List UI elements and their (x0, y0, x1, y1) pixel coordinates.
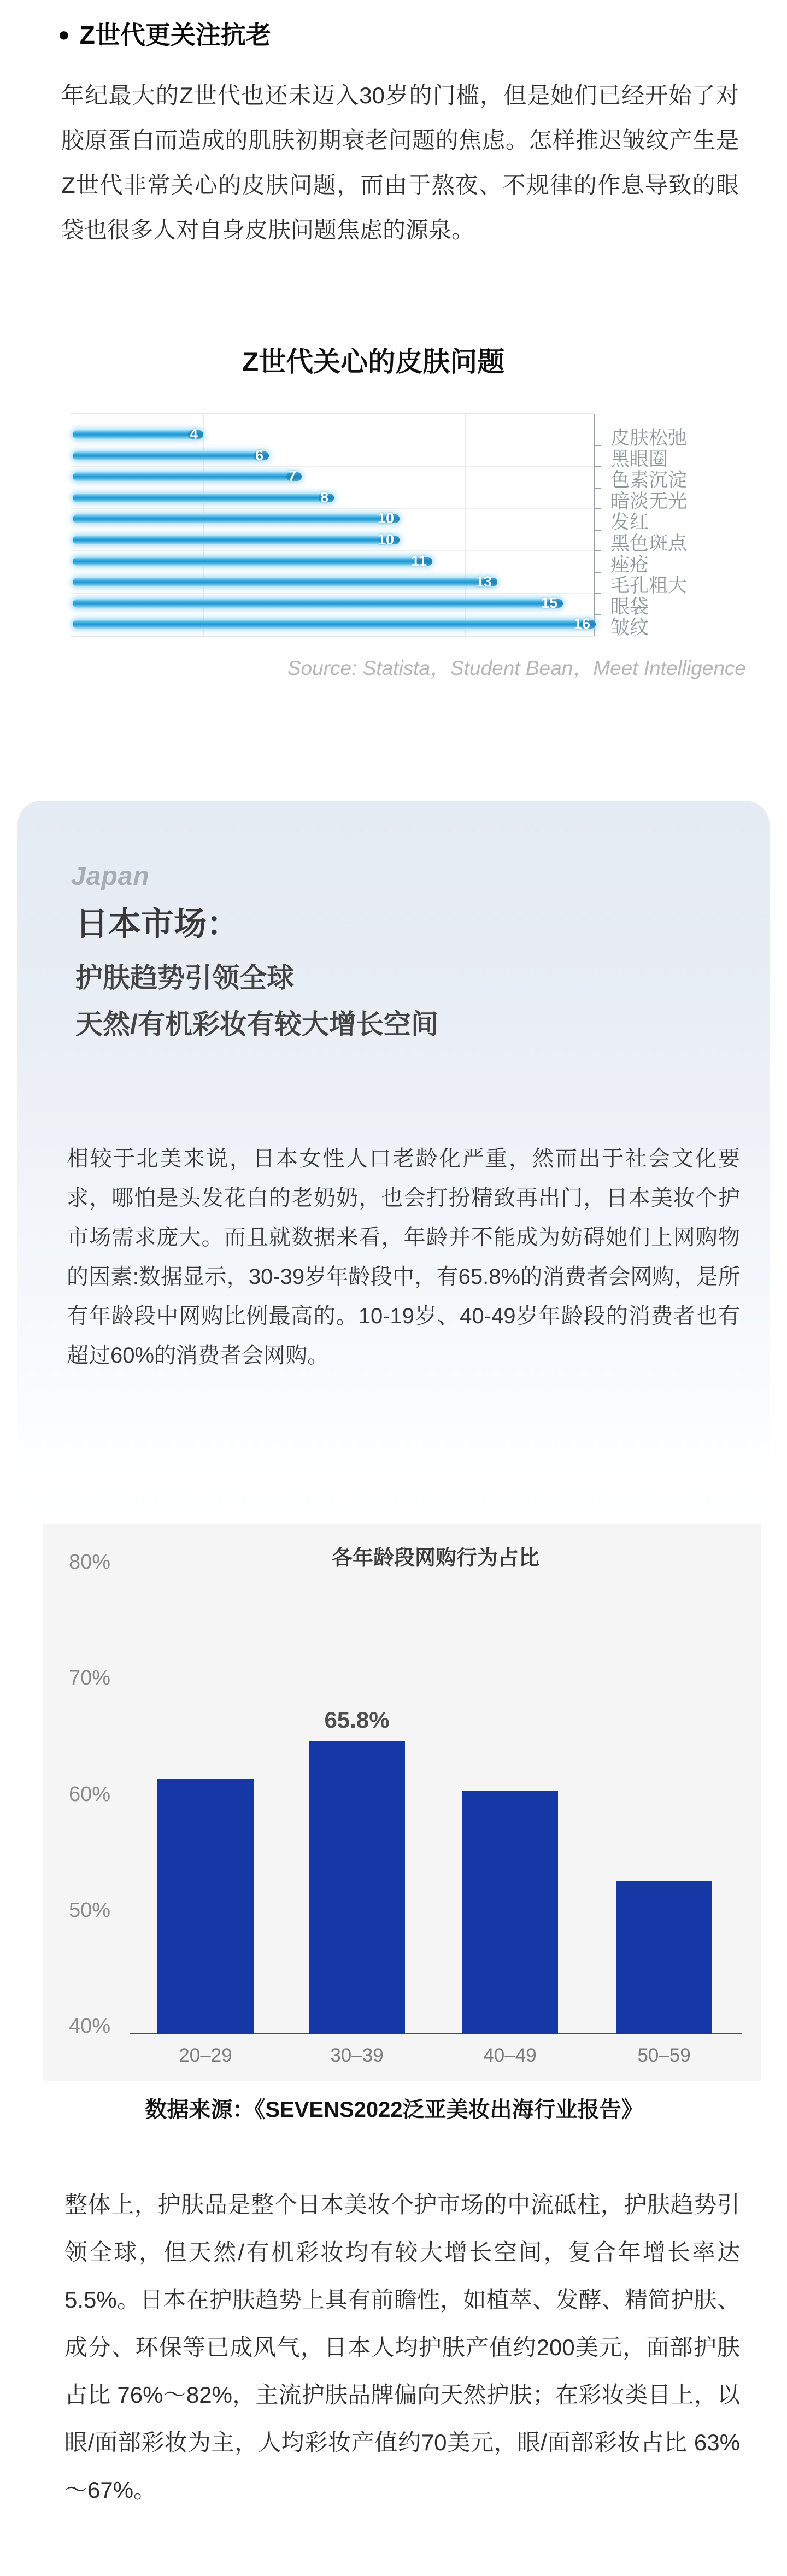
chart2-ytick-40%: 40% (69, 2015, 110, 2038)
chart2-xlabel-20–29: 20–29 (157, 2045, 254, 2067)
chart1-bar-value: 13 (475, 573, 492, 590)
chart1-horizontal-gridline (71, 593, 594, 594)
chart1-axis-tick (595, 445, 601, 446)
chart1-bar-value: 16 (574, 615, 590, 632)
paragraph-japan-summary: 整体上，护肤品是整个日本美妆个护市场的中流砥柱，护肤趋势引领全球，但天然/有机彩… (64, 2181, 740, 2514)
chart1-bar-发红: 10 (73, 514, 400, 523)
bullet-icon: ● (58, 25, 70, 44)
japan-market-card: Japan 日本市场： 护肤趋势引领全球 天然/有机彩妆有较大增长空间 相较于北… (17, 801, 770, 1519)
chart1-horizontal-gridline (71, 614, 594, 614)
chart2-ytick-80%: 80% (69, 1551, 110, 1574)
chart2-bar-40–49 (462, 1791, 558, 2034)
chart2-ytick-70%: 70% (69, 1667, 110, 1690)
japan-card-subtitle-1: 护肤趋势引领全球 (75, 956, 294, 995)
chart2-bar-20–29 (157, 1779, 254, 2034)
chart1-category-label-皱纹: 皱纹 (610, 613, 649, 640)
chart1-bar-皮肤松弛: 4 (73, 430, 203, 439)
chart1-horizontal-gridline (71, 508, 594, 509)
chart2-bar-50–59 (616, 1881, 712, 2034)
paragraph-japan-market: 相较于北美来说，日本女性人口老龄化严重，然而出于社会文化要求，哪怕是头发花白的老… (67, 1139, 740, 1375)
chart2-source: 数据来源：《SEVENS2022泛亚美妆出海行业报告》 (3, 2092, 785, 2123)
chart2-value-label: 65.8% (309, 1707, 405, 1733)
chart1-bar-毛孔粗大: 13 (73, 578, 497, 586)
chart1-axis-tick (595, 593, 601, 594)
chart1-axis-tick (595, 550, 601, 551)
chart1-horizontal-gridline (71, 530, 594, 530)
chart1-bar-value: 4 (190, 426, 198, 443)
chart1-bar-value: 7 (288, 468, 296, 485)
chart1-horizontal-gridline (71, 488, 594, 488)
chart1-bar-黑眼圈: 6 (73, 451, 269, 460)
chart1-bar-色素沉淀: 7 (73, 472, 302, 481)
paragraph-gen-z-anti-aging: 年纪最大的Z世代也还未迈入30岁的门槛，但是她们已经开始了对胶原蛋白而造成的肌肤… (61, 73, 739, 253)
chart1-bar-value: 6 (255, 447, 263, 464)
chart1-horizontal-gridline (71, 466, 594, 467)
chart1-bar-痤疮: 11 (73, 557, 432, 566)
chart1-bar-暗淡无光: 8 (73, 494, 334, 502)
chart1-title: Z世代关心的皮肤问题 (71, 340, 676, 379)
chart1-bar-value: 8 (320, 489, 328, 506)
section-heading-text: Z世代更关注抗老 (80, 15, 271, 51)
japan-watermark: Japan (71, 861, 150, 891)
chart1-axis-tick (595, 530, 601, 531)
section-heading: ● Z世代更关注抗老 (58, 15, 271, 51)
chart2-bar-30–39 (309, 1741, 405, 2034)
chart1-bar-黑色斑点: 10 (73, 536, 400, 544)
chart1-axis-tick (595, 466, 601, 467)
japan-card-title: 日本市场： (75, 898, 239, 945)
chart1-bar-value: 15 (541, 595, 557, 612)
chart1-horizontal-gridline (71, 445, 594, 445)
chart2-ytick-60%: 60% (69, 1783, 110, 1806)
japan-card-subtitle-2: 天然/有机彩妆有较大增长空间 (75, 1002, 438, 1042)
chart1-axis-tick (595, 508, 601, 509)
chart2-ytick-50%: 50% (69, 1899, 110, 1922)
chart1-bar-眼袋: 15 (73, 599, 563, 608)
chart1-horizontal-gridline (71, 572, 594, 572)
chart1-axis-tick (595, 572, 601, 573)
chart1-bar-value: 10 (378, 510, 394, 527)
chart2-xlabel-40–49: 40–49 (462, 2045, 558, 2067)
chart1-right-axis-line (594, 414, 595, 636)
chart2-xlabel-50–59: 50–59 (616, 2045, 712, 2067)
chart1-source: Source: Statista，Student Bean，Meet Intel… (219, 652, 746, 681)
chart2-panel: 各年龄段网购行为占比 80%70%60%50%40%20–2965.8%30–3… (43, 1524, 761, 2081)
chart1-axis-tick (595, 488, 601, 489)
chart1-bar-皱纹: 16 (73, 620, 596, 629)
chart1-plot-area: 4678101011131516 (71, 413, 594, 637)
chart1-bar-value: 11 (411, 553, 427, 570)
chart1-axis-tick (595, 614, 601, 615)
chart2-title: 各年龄段网购行为占比 (130, 1541, 742, 1571)
chart1-horizontal-gridline (71, 550, 594, 551)
chart1-bar-value: 10 (378, 531, 394, 548)
chart2-xlabel-30–39: 30–39 (309, 2045, 405, 2067)
